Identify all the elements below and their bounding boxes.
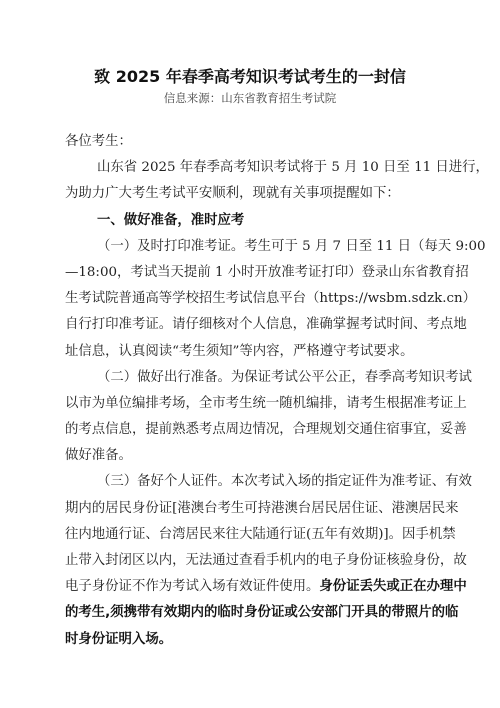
item3-bold-line: 的考生,须携带有效期内的临时身份证或公安部门开具的带照片的临 [65,603,427,629]
item3-bold-line: 时身份证明入场。 [65,630,427,656]
intro-line: 为助力广大考生考试平安顺利，现就有关事项提醒如下： [65,184,427,210]
item3-normal-text: 电子身份证不作为考试入场有效证件使用。 [65,579,319,594]
item2-line: 以市为单位编排考场，全市考生统一随机编排，请考生根据准考证上 [65,394,427,420]
item1-line: —18:00，考试当天提前 1 小时开放准考证打印）登录山东省教育招 [65,263,427,289]
letter-source: 信息来源：山东省教育招生考试院 [0,90,500,106]
item2-line: 做好准备。 [65,446,427,472]
item1-line: （一）及时打印准考证。考生可于 5 月 7 日至 11 日（每天 9:00 [65,237,427,263]
item3-bold-text: 身份证丢失或正在办理中 [319,579,466,594]
item3-line: 期内的居民身份证[港澳台考生可持港澳台居民居住证、港澳居民来 [65,499,427,525]
item2-line: （二）做好出行准备。为保证考试公平公正，春季高考知识考试 [65,368,427,394]
item1-line: 自行打印准考证。请仔细核对个人信息，准确掌握考试时间、考点地 [65,315,427,341]
salutation: 各位考生： [65,132,427,158]
item3-line-mixed: 电子身份证不作为考试入场有效证件使用。身份证丢失或正在办理中 [65,577,427,603]
item1-line: 生考试院普通高等学校招生考试信息平台（https://wsbm.sdzk.cn） [65,289,427,315]
item3-line: （三）备好个人证件。本次考试入场的指定证件为准考证、有效 [65,472,427,498]
item3-line: 往内地通行证、台湾居民来往大陆通行证(五年有效期)]。因手机禁 [65,525,427,551]
item1-line: 址信息，认真阅读“考生须知”等内容，严格遵守考试要求。 [65,342,427,368]
section-heading: 一、做好准备，准时应考 [65,211,427,237]
letter-title: 致 2025 年春季高考知识考试考生的一封信 [0,64,500,87]
letter-body: 各位考生： 山东省 2025 年春季高考知识考试将于 5 月 10 日至 11 … [65,132,427,656]
intro-line: 山东省 2025 年春季高考知识考试将于 5 月 10 日至 11 日进行， [65,158,427,184]
item2-line: 的考点信息，提前熟悉考点周边情况，合理规划交通住宿事宜，妥善 [65,420,427,446]
item3-line: 止带入封闭区以内，无法通过查看手机内的电子身份证核验身份，故 [65,551,427,577]
